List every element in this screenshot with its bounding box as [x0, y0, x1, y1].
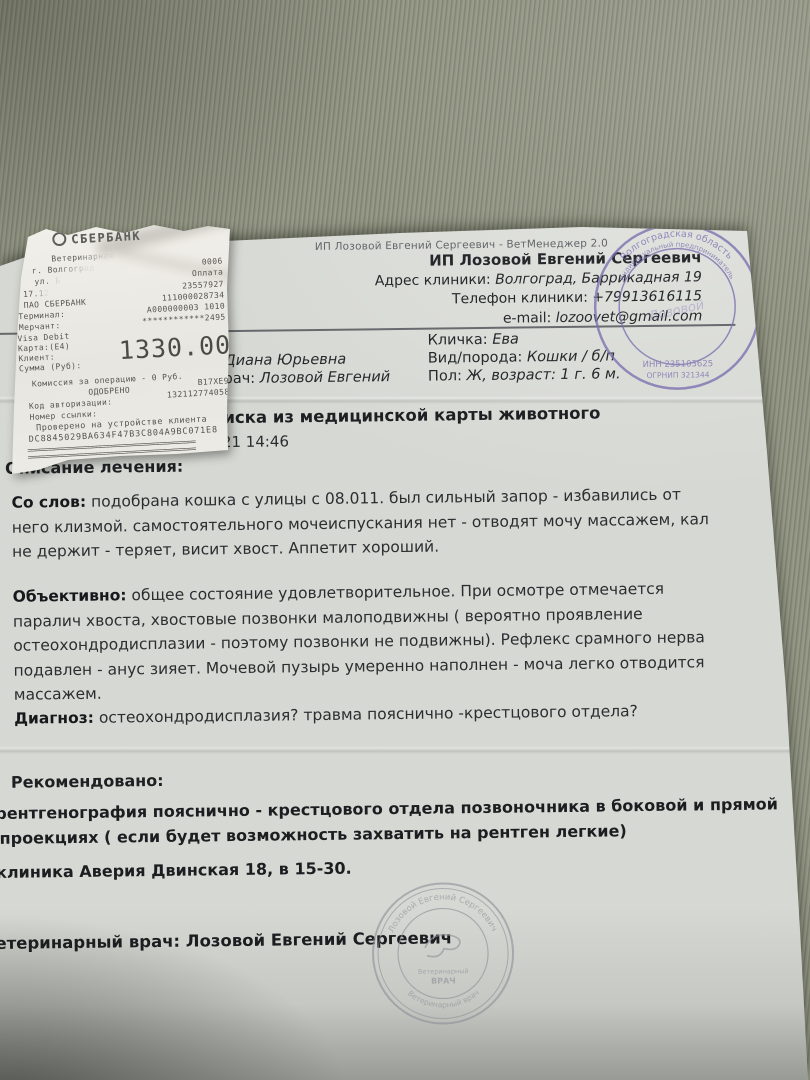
stamp-top-inn: ИНН 235103625	[643, 359, 714, 370]
recommendation-line-1: рентгенография пояснично - крестцового о…	[0, 794, 778, 823]
sberbank-receipt: СБЕРБАНК Ветеринарная г. Волгоград 0006 …	[8, 218, 236, 476]
paper-sheet-wrap: ИП Лозовой Евгений Сергеевич - ВетМенедж…	[0, 0, 810, 1080]
recommended-heading: Рекомендовано:	[11, 771, 164, 792]
phone-label: Телефон клиники:	[452, 290, 588, 308]
anamnesis-text: подобрана кошка с улицы с 08.011. был си…	[12, 486, 709, 561]
visit-line: клиника Аверия Двинская 18, в 15-30.	[0, 859, 352, 882]
receipt-clinic-line: Ветеринарная	[51, 251, 114, 263]
receipt-cell: ул. Б	[34, 276, 61, 286]
stamp-top-ogrnip: ОГРНИП 321344	[647, 370, 710, 380]
stamp-bottom-center1: Ветеринарный	[418, 967, 469, 976]
receipt-cell: Мерчант:	[19, 321, 61, 332]
recommendation-line-2: проекциях ( если будет возможность захва…	[0, 821, 627, 848]
nickname-label: Кличка:	[427, 332, 487, 349]
diagnosis-text: остеохондродисплазия? травма пояснично -…	[99, 702, 638, 727]
patient-nickname-line: Кличка: Ева	[427, 331, 519, 350]
bank-name: СБЕРБАНК	[71, 229, 141, 247]
receipt-cell: 111000028734	[162, 290, 225, 302]
auth-label: Код авторизации:	[29, 398, 113, 411]
doctor-line-partial: й врач: Лозовой Евгений	[201, 368, 390, 388]
email-label: e-mail:	[503, 310, 552, 327]
stamp-bottom-center2: ВРАЧ	[431, 976, 456, 985]
anamnesis-paragraph: Со слов: подобрана кошка с улицы с 08.01…	[11, 482, 712, 564]
payment-amount: 1330.00	[118, 330, 232, 365]
dove-icon	[425, 934, 460, 956]
objective-label: Объективно:	[13, 586, 127, 605]
document-sheet: ИП Лозовой Евгений Сергеевич - ВетМенедж…	[0, 0, 810, 1080]
stamp-bottom-arc-top: Лозовой Евгений Сергеевич	[386, 892, 499, 935]
objective-paragraph: Объективно: общее состояние удовлетворит…	[13, 576, 724, 707]
nickname-value: Ева	[492, 332, 519, 348]
vet-round-stamp-icon: Лозовой Евгений Сергеевич Ветеринарный в…	[366, 877, 520, 1031]
sum-label: Сумма (Руб):	[19, 361, 82, 373]
species-label: Вид/порода:	[428, 349, 523, 366]
anamnesis-label: Со слов:	[11, 493, 86, 512]
receipt-cell: Оплата	[192, 268, 224, 279]
receipt-cell: ПАО СБЕРБАНК	[24, 298, 87, 310]
ref-number: 132112774058	[167, 387, 230, 399]
doctor-name: Лозовой Евгений	[260, 369, 391, 387]
clinic-round-stamp-icon: Волгоградская область индивидуальный пре…	[584, 218, 766, 400]
diagnosis-label: Диагноз:	[14, 709, 94, 728]
card-line: Карта:(Е4)	[18, 342, 71, 354]
receipt-cell: Терминал:	[18, 310, 65, 321]
document-content: ИП Лозовой Евгений Сергеевич - ВетМенедж…	[0, 0, 810, 1080]
approved-status: ОДОБРЕНО	[88, 386, 130, 397]
auth-code: B17XE9	[197, 376, 229, 387]
receipt-cell: г. Волгоград	[32, 263, 95, 275]
receipt-cell: 23557927	[182, 280, 224, 291]
address-label: Адрес клиники:	[375, 271, 491, 288]
document-title: Выписка из медицинской карты животного	[184, 404, 600, 428]
receipt-cell: 0006	[202, 257, 223, 267]
stamp-top-center: Лозовой	[646, 298, 706, 325]
receipt-cell: ************2495	[142, 312, 226, 325]
photo-canvas: { "receipt": { "bank_logo": "СБЕРБАНК", …	[0, 0, 810, 1080]
sex-label: Пол:	[428, 368, 462, 384]
receipt-content: СБЕРБАНК Ветеринарная г. Волгоград 0006 …	[22, 223, 239, 463]
receipt-cell: 17.12	[23, 289, 50, 299]
svg-text:Лозовой Евгений Сергеевич: Лозовой Евгений Сергеевич	[386, 892, 499, 935]
